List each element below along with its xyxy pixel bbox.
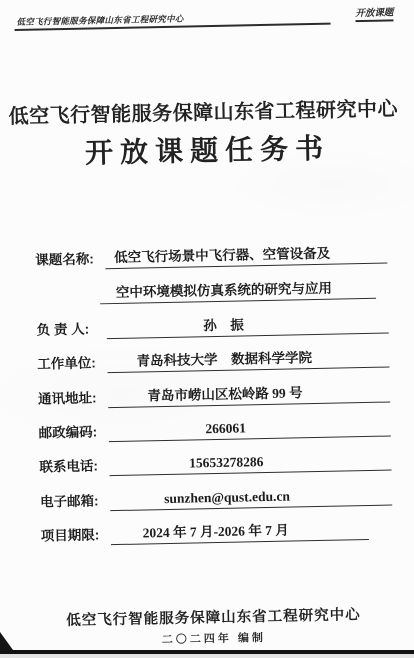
field-label-leader: 负 责 人: [36, 319, 106, 340]
document-org-title: 低空飞行智能服务保障山东省工程研究中心 [0, 92, 411, 129]
field-row-phone: 联系电话: 15653278286 [39, 449, 391, 478]
running-header-label: 开放课题 [355, 4, 393, 22]
field-row-address: 通讯地址: 青岛市崂山区松岭路 99 号 [38, 381, 390, 410]
field-label-postal-code: 邮政编码: [39, 422, 109, 443]
field-label-topic-name: 课题名称: [35, 249, 105, 270]
field-value-work-unit: 青岛科技大学 数据科学学院 [107, 347, 389, 374]
field-row-project-period: 项目期限: 2024 年 7 月-2026 年 7 月 [41, 518, 369, 547]
field-value-postal-code: 266061 [108, 416, 390, 443]
field-row-work-unit: 工作单位: 青岛科技大学 数据科学学院 [37, 346, 389, 375]
field-value-leader: 孙 振 [106, 313, 388, 340]
field-label-phone: 联系电话: [39, 456, 109, 477]
field-row-topic-name: 课题名称: 低空飞行场景中飞行器、空管设备及 [35, 242, 387, 271]
field-label-email: 电子邮箱: [40, 491, 110, 512]
field-label-work-unit: 工作单位: [37, 353, 107, 374]
scanned-document-photo: 低空飞行智能服务保障山东省工程研究中心 开放课题 低空飞行智能服务保障山东省工程… [0, 0, 414, 658]
field-label-address: 通讯地址: [38, 388, 108, 409]
field-row-leader: 负 责 人: 孙 振 [36, 312, 388, 341]
photo-corner-shadow [0, 632, 13, 650]
field-label-project-period: 项目期限: [41, 525, 111, 546]
field-value-topic-name-line2: 空中环境模拟仿真系统的研究与应用 [100, 278, 376, 305]
field-value-project-period: 2024 年 7 月-2026 年 7 月 [111, 519, 369, 545]
field-value-address: 青岛市崂山区松岭路 99 号 [108, 382, 390, 409]
field-value-email: sunzhen@qust.edu.cn [110, 484, 392, 511]
document-page: 低空飞行智能服务保障山东省工程研究中心 开放课题 低空飞行智能服务保障山东省工程… [0, 0, 414, 658]
photo-bottom-margin [0, 654, 414, 658]
field-value-phone: 15653278286 [109, 450, 391, 477]
field-row-postal-code: 邮政编码: 266061 [38, 415, 390, 444]
label-spacer [36, 304, 100, 305]
field-row-topic-name-line2: 空中环境模拟仿真系统的研究与应用 [36, 277, 376, 306]
field-value-topic-name: 低空飞行场景中飞行器、空管设备及 [105, 243, 387, 270]
document-main-title: 开放课题任务书 [0, 125, 411, 173]
field-row-email: 电子邮箱: sunzhen@qust.edu.cn [40, 483, 392, 512]
